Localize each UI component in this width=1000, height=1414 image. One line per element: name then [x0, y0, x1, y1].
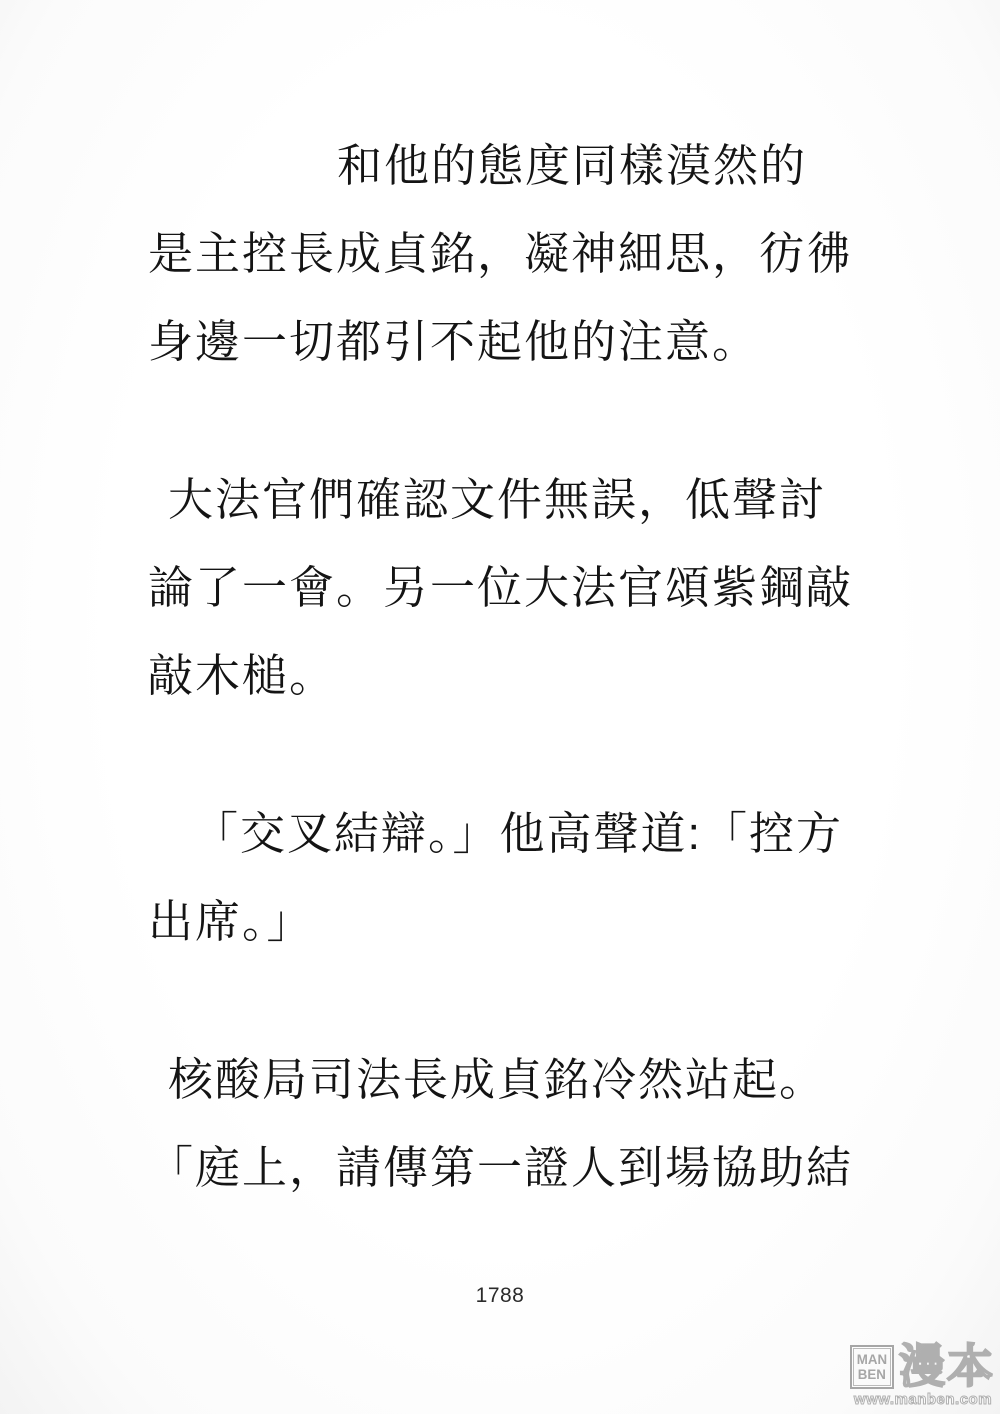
paragraph-1: 和他的態度同樣漠然的 是主控長成貞銘，凝神細思，彷彿 身邊一切都引不起他的注意。 [148, 122, 888, 386]
text-line: 論了一會。另一位大法官頌紫鋼敲 [148, 544, 888, 632]
text-line: 敲木槌。 [148, 632, 888, 720]
text-line: 核酸局司法長成貞銘冷然站起。 [148, 1036, 888, 1124]
paragraph-2: 大法官們確認文件無誤，低聲討 論了一會。另一位大法官頌紫鋼敲 敲木槌。 [148, 456, 888, 720]
page-number: 1788 [0, 1284, 1000, 1308]
badge-text-top: MAN [857, 1352, 887, 1367]
text-line: 「庭上，請傳第一證人到場協助結 [148, 1124, 888, 1212]
ebook-page: 和他的態度同樣漠然的 是主控長成貞銘，凝神細思，彷彿 身邊一切都引不起他的注意。… [0, 0, 1000, 1414]
paragraph-4: 核酸局司法長成貞銘冷然站起。 「庭上，請傳第一證人到場協助結 [148, 1036, 888, 1212]
manben-badge-icon: MAN BEN [850, 1345, 894, 1389]
watermark-logo-row: MAN BEN 漫本 [850, 1343, 996, 1390]
manben-watermark: MAN BEN 漫本 www.manben.com [850, 1343, 996, 1408]
watermark-url: www.manben.com [850, 1391, 996, 1408]
text-line: 身邊一切都引不起他的注意。 [148, 298, 888, 386]
text-line: 和他的態度同樣漠然的 [148, 122, 888, 210]
paragraph-3: 「交叉結辯。」他高聲道:「控方 出席。」 [148, 790, 888, 966]
text-line: 「交叉結辯。」他高聲道:「控方 [148, 790, 888, 878]
text-line: 是主控長成貞銘，凝神細思，彷彿 [148, 210, 888, 298]
manben-logo-text: 漫本 [899, 1343, 995, 1390]
badge-text-bottom: BEN [858, 1367, 886, 1382]
text-line: 出席。」 [148, 878, 888, 966]
text-line: 大法官們確認文件無誤，低聲討 [148, 456, 888, 544]
body-text: 和他的態度同樣漠然的 是主控長成貞銘，凝神細思，彷彿 身邊一切都引不起他的注意。… [148, 122, 888, 1212]
